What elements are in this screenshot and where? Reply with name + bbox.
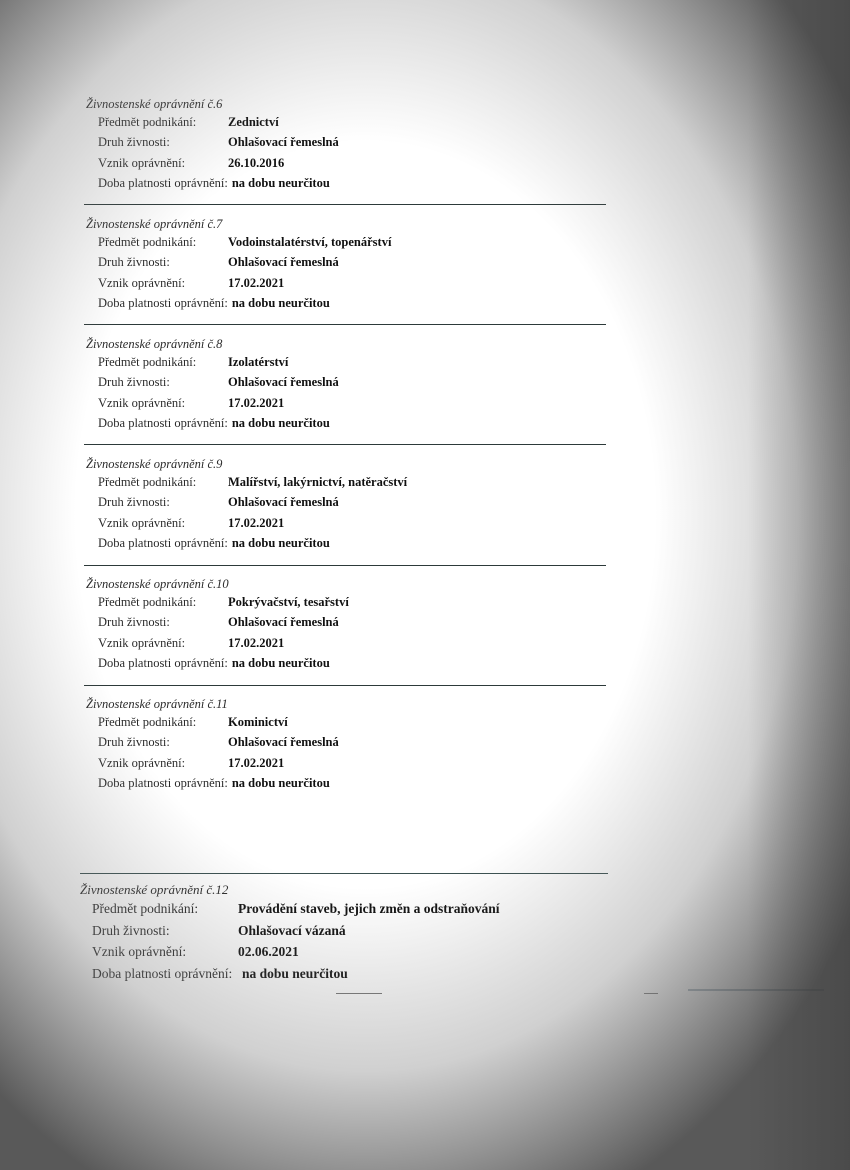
section-title: Živnostenské oprávnění č.8 xyxy=(86,336,606,352)
origin-value: 17.02.2021 xyxy=(228,273,284,293)
type-label: Druh živnosti: xyxy=(98,732,228,752)
validity-label: Doba platnosti oprávnění: xyxy=(98,773,228,793)
validity-label: Doba platnosti oprávnění: xyxy=(98,173,228,193)
subject-value: Kominictví xyxy=(228,712,288,732)
section-title: Živnostenské oprávnění č.12 xyxy=(80,882,620,898)
scan-artifact-line xyxy=(336,993,382,994)
origin-row: Vznik oprávnění:17.02.2021 xyxy=(86,393,606,413)
origin-label: Vznik oprávnění: xyxy=(98,273,228,293)
validity-row: Doba platnosti oprávnění:na dobu neurčit… xyxy=(80,963,620,985)
subject-value: Provádění staveb, jejich změn a odstraňo… xyxy=(238,898,500,920)
subject-row: Předmět podnikání:Malířství, lakýrnictví… xyxy=(86,472,606,492)
origin-value: 17.02.2021 xyxy=(228,393,284,413)
subject-label: Předmět podnikání: xyxy=(92,898,238,920)
trade-license-section-10: Živnostenské oprávnění č.10 Předmět podn… xyxy=(86,576,606,673)
section-divider xyxy=(84,565,606,566)
origin-value: 17.02.2021 xyxy=(228,753,284,773)
validity-row: Doba platnosti oprávnění:na dobu neurčit… xyxy=(86,653,606,673)
subject-label: Předmět podnikání: xyxy=(98,232,228,252)
validity-row: Doba platnosti oprávnění:na dobu neurčit… xyxy=(86,173,606,193)
section-divider xyxy=(84,324,606,325)
section-divider xyxy=(84,444,606,445)
subject-value: Pokrývačství, tesařství xyxy=(228,592,349,612)
origin-label: Vznik oprávnění: xyxy=(98,633,228,653)
section-title: Živnostenské oprávnění č.6 xyxy=(86,96,606,112)
type-row: Druh živnosti:Ohlašovací řemeslná xyxy=(86,612,606,632)
validity-value: na dobu neurčitou xyxy=(232,413,330,433)
trade-license-section-11: Živnostenské oprávnění č.11 Předmět podn… xyxy=(86,696,606,793)
type-row: Druh živnosti:Ohlašovací řemeslná xyxy=(86,492,606,512)
scan-artifact-line xyxy=(644,993,658,994)
subject-row: Předmět podnikání:Provádění staveb, jeji… xyxy=(80,898,620,920)
origin-label: Vznik oprávnění: xyxy=(98,753,228,773)
origin-row: Vznik oprávnění:17.02.2021 xyxy=(86,513,606,533)
subject-value: Zednictví xyxy=(228,112,279,132)
origin-row: Vznik oprávnění:17.02.2021 xyxy=(86,633,606,653)
validity-label: Doba platnosti oprávnění: xyxy=(92,963,238,985)
subject-row: Předmět podnikání:Izolatérství xyxy=(86,352,606,372)
subject-label: Předmět podnikání: xyxy=(98,592,228,612)
origin-label: Vznik oprávnění: xyxy=(98,153,228,173)
type-value: Ohlašovací řemeslná xyxy=(228,492,339,512)
origin-value: 17.02.2021 xyxy=(228,513,284,533)
type-row: Druh živnosti:Ohlašovací řemeslná xyxy=(86,372,606,392)
type-value: Ohlašovací vázaná xyxy=(238,920,346,942)
trade-license-section-9: Živnostenské oprávnění č.9 Předmět podni… xyxy=(86,456,606,553)
origin-value: 02.06.2021 xyxy=(238,941,299,963)
subject-value: Izolatérství xyxy=(228,352,288,372)
subject-label: Předmět podnikání: xyxy=(98,712,228,732)
type-value: Ohlašovací řemeslná xyxy=(228,732,339,752)
subject-row: Předmět podnikání:Vodoinstalatérství, to… xyxy=(86,232,606,252)
section-divider xyxy=(80,873,608,874)
section-title: Živnostenské oprávnění č.7 xyxy=(86,216,606,232)
type-row: Druh živnosti:Ohlašovací řemeslná xyxy=(86,132,606,152)
type-row: Druh živnosti:Ohlašovací řemeslná xyxy=(86,732,606,752)
origin-row: Vznik oprávnění:02.06.2021 xyxy=(80,941,620,963)
subject-label: Předmět podnikání: xyxy=(98,112,228,132)
section-title: Živnostenské oprávnění č.10 xyxy=(86,576,606,592)
trade-license-section-8: Živnostenské oprávnění č.8 Předmět podni… xyxy=(86,336,606,433)
validity-value: na dobu neurčitou xyxy=(232,773,330,793)
validity-row: Doba platnosti oprávnění:na dobu neurčit… xyxy=(86,413,606,433)
origin-label: Vznik oprávnění: xyxy=(98,513,228,533)
validity-value: na dobu neurčitou xyxy=(232,173,330,193)
type-label: Druh živnosti: xyxy=(98,372,228,392)
validity-label: Doba platnosti oprávnění: xyxy=(98,653,228,673)
validity-value: na dobu neurčitou xyxy=(232,533,330,553)
validity-row: Doba platnosti oprávnění:na dobu neurčit… xyxy=(86,293,606,313)
subject-row: Předmět podnikání:Pokrývačství, tesařstv… xyxy=(86,592,606,612)
type-label: Druh živnosti: xyxy=(98,132,228,152)
type-label: Druh živnosti: xyxy=(98,612,228,632)
type-value: Ohlašovací řemeslná xyxy=(228,252,339,272)
type-label: Druh živnosti: xyxy=(98,252,228,272)
origin-row: Vznik oprávnění:17.02.2021 xyxy=(86,753,606,773)
subject-value: Malířství, lakýrnictví, natěračství xyxy=(228,472,407,492)
subject-row: Předmět podnikání:Zednictví xyxy=(86,112,606,132)
section-title: Živnostenské oprávnění č.11 xyxy=(86,696,606,712)
section-divider xyxy=(84,204,606,205)
trade-license-section-12: Živnostenské oprávnění č.12 Předmět podn… xyxy=(80,882,620,984)
origin-value: 17.02.2021 xyxy=(228,633,284,653)
validity-label: Doba platnosti oprávnění: xyxy=(98,413,228,433)
origin-label: Vznik oprávnění: xyxy=(98,393,228,413)
origin-row: Vznik oprávnění:26.10.2016 xyxy=(86,153,606,173)
validity-value: na dobu neurčitou xyxy=(242,963,348,985)
validity-label: Doba platnosti oprávnění: xyxy=(98,293,228,313)
section-title: Živnostenské oprávnění č.9 xyxy=(86,456,606,472)
type-value: Ohlašovací řemeslná xyxy=(228,372,339,392)
origin-value: 26.10.2016 xyxy=(228,153,284,173)
type-label: Druh živnosti: xyxy=(98,492,228,512)
subject-row: Předmět podnikání:Kominictví xyxy=(86,712,606,732)
section-divider xyxy=(84,685,606,686)
type-value: Ohlašovací řemeslná xyxy=(228,612,339,632)
scan-artifact-line xyxy=(688,989,824,991)
validity-value: na dobu neurčitou xyxy=(232,293,330,313)
subject-value: Vodoinstalatérství, topenářství xyxy=(228,232,391,252)
trade-license-section-7: Živnostenské oprávnění č.7 Předmět podni… xyxy=(86,216,606,313)
origin-label: Vznik oprávnění: xyxy=(92,941,238,963)
trade-license-section-6: Živnostenské oprávnění č.6 Předmět podni… xyxy=(86,96,606,193)
subject-label: Předmět podnikání: xyxy=(98,352,228,372)
validity-label: Doba platnosti oprávnění: xyxy=(98,533,228,553)
scanned-document-page: Živnostenské oprávnění č.6 Předmět podni… xyxy=(0,0,850,1170)
validity-row: Doba platnosti oprávnění:na dobu neurčit… xyxy=(86,533,606,553)
type-value: Ohlašovací řemeslná xyxy=(228,132,339,152)
validity-value: na dobu neurčitou xyxy=(232,653,330,673)
origin-row: Vznik oprávnění:17.02.2021 xyxy=(86,273,606,293)
type-row: Druh živnosti:Ohlašovací řemeslná xyxy=(86,252,606,272)
validity-row: Doba platnosti oprávnění:na dobu neurčit… xyxy=(86,773,606,793)
subject-label: Předmět podnikání: xyxy=(98,472,228,492)
type-row: Druh živnosti:Ohlašovací vázaná xyxy=(80,920,620,942)
type-label: Druh živnosti: xyxy=(92,920,238,942)
